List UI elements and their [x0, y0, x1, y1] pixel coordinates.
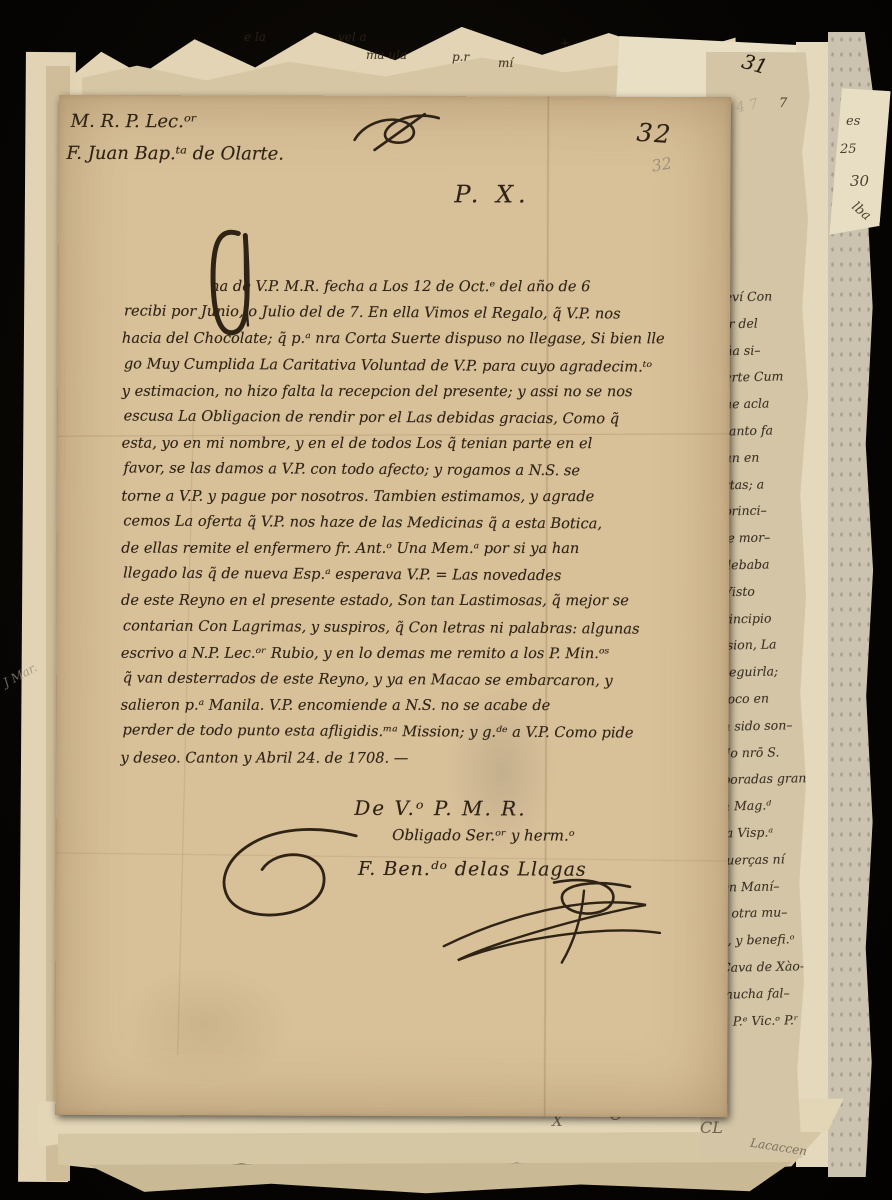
- body-line: esta, yo en mi nombre, y en el de todos …: [122, 435, 593, 452]
- archive-photo: eví Con ir del ña si– erte Cum ne acla t…: [0, 0, 892, 1200]
- body-line: cemos La oferta q̃ V.P. nos haze de las …: [123, 512, 602, 532]
- tab-mark: 25: [840, 142, 857, 157]
- tab-mark: es: [846, 114, 860, 129]
- body-line: recibi por Junio, o Julio del de 7. En e…: [124, 303, 621, 323]
- tab-mark: 7: [779, 96, 787, 111]
- right-edge-fragment: poradas gran: [722, 771, 807, 788]
- right-edge-fragment: mucha fal–: [721, 985, 790, 1001]
- jhs-monogram-icon: [347, 106, 447, 158]
- addressee-name: F. Juan Bap.ᵗᵃ de Olarte.: [67, 143, 285, 165]
- right-edge-fragment: n Mag.ᵈ: [722, 798, 772, 814]
- right-edge-fragment: do nrō S.: [722, 744, 779, 760]
- body-line: na de V.P. M.R. fecha a Los 12 de Oct.ᵉ …: [210, 278, 590, 295]
- right-edge-fragment: llebaba: [723, 556, 770, 572]
- body-line: escusa La Obligacion de rendir por el La…: [124, 407, 620, 427]
- top-edge-fragment: e la: [244, 30, 266, 44]
- body-line: q̃ van desterrados de este Reyno, y ya e…: [123, 669, 613, 689]
- letter-page: M. R. P. Lec.ᵒʳ F. Juan Bap.ᵗᵃ de Olarte…: [55, 95, 731, 1117]
- body-line: go Muy Cumplida La Caritativa Voluntad d…: [124, 355, 652, 375]
- body-line: y estimacion, no hizo falta la recepcion…: [122, 383, 633, 400]
- body-line: torne a V.P. y pague por nosotros. Tambi…: [121, 487, 594, 504]
- right-edge-fragment: le mor–: [723, 530, 770, 546]
- top-edge-fragment: vel a: [338, 30, 367, 44]
- right-edge-fragment: en Maní–: [721, 878, 779, 894]
- closing-obligation: Obligado Ser.ᵒʳ y herm.ᵒ: [392, 826, 574, 845]
- right-edge-fragment: 1 P.ᵉ Vic.ᵒ P.ʳ: [721, 1012, 799, 1029]
- bottom-mark: CL: [700, 1118, 723, 1137]
- body-line: escrivo a N.P. Lec.ᵒʳ Rubio, y en lo dem…: [121, 644, 610, 661]
- right-edge-fragment: fuerças ní: [722, 851, 785, 867]
- addressee-title: M. R. P. Lec.ᵒʳ: [71, 111, 197, 132]
- right-edge-fragment: ision, La: [723, 637, 777, 653]
- right-edge-fragment: rtas; a: [723, 476, 764, 492]
- right-edge-fragment: –, y benefi.ᵒ: [721, 931, 795, 948]
- right-edge-fragment: ne acla: [724, 396, 770, 412]
- right-edge-fragment: rincipio: [723, 610, 772, 626]
- body-line: y deseo. Canton y Abril 24. de 1708. —: [120, 749, 408, 766]
- right-edge-fragment: princi–: [723, 503, 767, 519]
- folio-number-ink: 32: [636, 118, 674, 150]
- right-edge-fragment: seguirla;: [722, 664, 778, 680]
- body-line: salieron p.ᵃ Manila. V.P. encomiende a N…: [121, 697, 551, 714]
- folio-number-pencil: 32: [650, 153, 673, 175]
- bottom-page-edge-3: [88, 1162, 792, 1196]
- top-edge-fragment: ma ula: [366, 48, 407, 62]
- body-line: de este Reyno en el presente estado, Son…: [121, 592, 629, 609]
- body-line: llegado las q̃ de nueva Esp.ᵃ esperava V…: [123, 565, 561, 585]
- signature-flourish-icon: [206, 821, 366, 932]
- right-edge-fragment: la Visp.ᵃ: [722, 824, 774, 840]
- right-edge-fragment: tanto fa: [724, 422, 773, 438]
- paper-stain: [115, 965, 295, 1086]
- tab-number: 30: [850, 172, 869, 190]
- closing-courtesy: De V.ᵒ P. M. R.: [354, 796, 526, 821]
- right-edge-fragment: Cava de Xào–: [721, 958, 806, 975]
- right-edge-fragment: n sido son–: [722, 717, 792, 733]
- top-edge-fragment: p.r: [452, 50, 469, 64]
- right-edge-fragment: eví Con: [724, 288, 772, 304]
- right-edge-fragment: toco en: [722, 690, 769, 706]
- right-edge-fragment: r otra mu–: [721, 905, 787, 921]
- body-line: perder de todo punto esta afligidis.ᵐᵃ M…: [123, 722, 634, 742]
- salutation-pax-christi: P. X.: [454, 180, 530, 208]
- signature-rubric-icon: [434, 876, 669, 969]
- right-edge-fragment: erte Cum: [724, 369, 784, 385]
- body-line: de ellas remite el enfermero fr. Ant.ᵒ U…: [121, 540, 579, 557]
- body-line: hacia del Chocolate; q̃ p.ᵃ nra Corta Su…: [122, 330, 665, 347]
- body-line: contarian Con Lagrimas, y suspiros, q̃ C…: [123, 617, 640, 637]
- plus-mark-icon: +: [560, 36, 570, 50]
- body-line: favor, se las damos a V.P. con todo afec…: [123, 460, 580, 480]
- top-edge-fragment: mí: [498, 56, 513, 70]
